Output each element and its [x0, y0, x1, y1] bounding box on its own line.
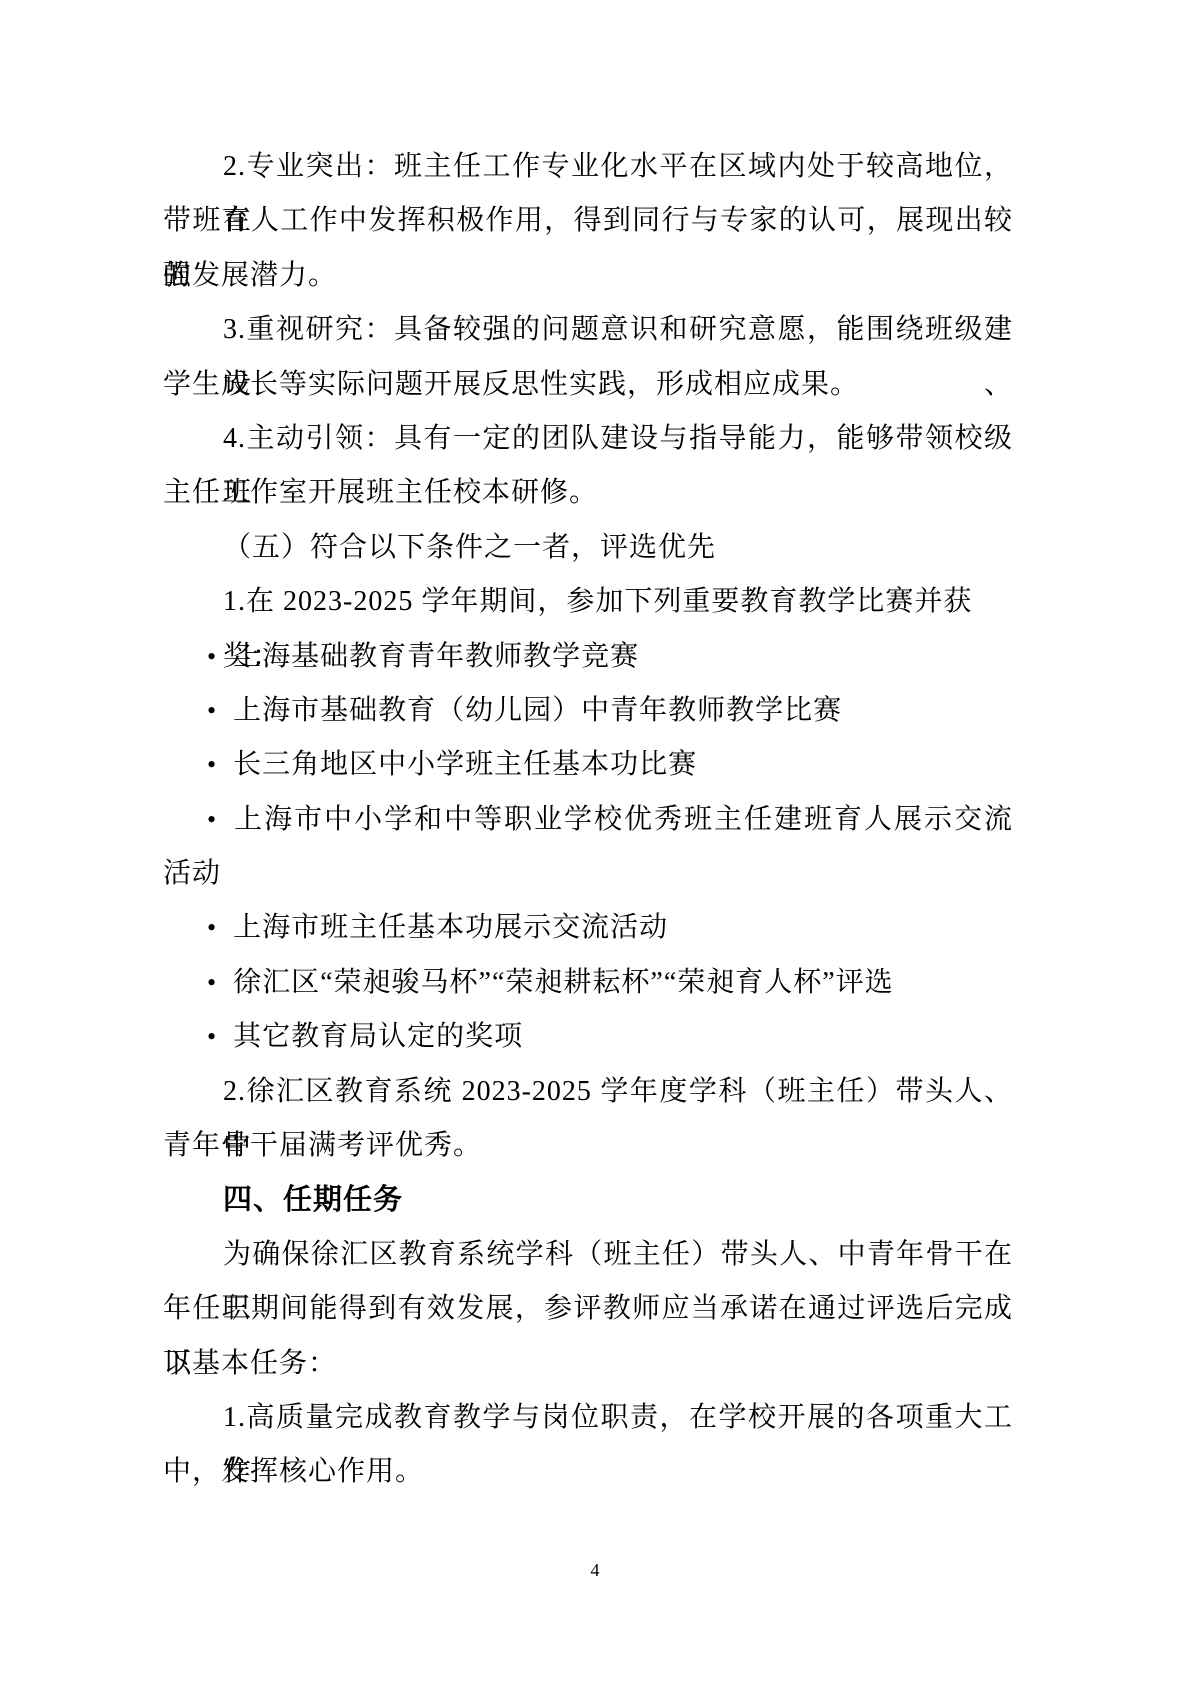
section-heading: 四、任期任务 [163, 1173, 1013, 1227]
text-line: •长三角地区中小学班主任基本功比赛 [163, 738, 1013, 792]
line-text: 上海市基础教育（幼儿园）中青年教师教学比赛 [233, 695, 842, 726]
line-text: 上海市班主任基本功展示交流活动 [233, 912, 668, 943]
document-body: 2.专业突出：班主任工作专业化水平在区域内处于较高地位，在带班育人工作中发挥积极… [163, 140, 1013, 1500]
page-number: 4 [0, 1558, 1190, 1582]
text-line: 1.在 2023-2025 学年期间，参加下列重要教育教学比赛并获奖： [163, 575, 1013, 629]
document-page: 2.专业突出：班主任工作专业化水平在区域内处于较高地位，在带班育人工作中发挥积极… [0, 0, 1190, 1683]
bullet-icon: • [207, 956, 217, 1010]
text-line: •上海市基础教育（幼儿园）中青年教师教学比赛 [163, 684, 1013, 738]
text-line: （五）符合以下条件之一者，评选优先 [163, 521, 1013, 575]
text-line: 带班育人工作中发挥积极作用，得到同行与专家的认可，展现出较强 [163, 194, 1013, 248]
text-line: 的发展潜力。 [163, 249, 1013, 303]
text-line: 2.徐汇区教育系统 2023-2025 学年度学科（班主任）带头人、中 [163, 1065, 1013, 1119]
text-line: 为确保徐汇区教育系统学科（班主任）带头人、中青年骨干在三 [163, 1228, 1013, 1282]
text-line: 2.专业突出：班主任工作专业化水平在区域内处于较高地位，在 [163, 140, 1013, 194]
text-line: 下基本任务： [163, 1337, 1013, 1391]
bullet-icon: • [207, 630, 217, 684]
line-text: 上海基础教育青年教师教学竞赛 [233, 641, 639, 672]
text-line: •上海基础教育青年教师教学竞赛 [163, 630, 1013, 684]
line-text: 四、任期任务 [223, 1184, 403, 1216]
text-line: •徐汇区“荣昶骏马杯”“荣昶耕耘杯”“荣昶育人杯”评选 [163, 956, 1013, 1010]
line-text: 上海市中小学和中等职业学校优秀班主任建班育人展示交流 [233, 804, 1013, 835]
text-line: 4.主动引领：具有一定的团队建设与指导能力，能够带领校级班 [163, 412, 1013, 466]
text-line: 中，发挥核心作用。 [163, 1445, 1013, 1499]
line-text: 长三角地区中小学班主任基本功比赛 [233, 749, 697, 780]
line-text: 下基本任务： [163, 1348, 337, 1379]
bullet-icon: • [207, 684, 217, 738]
text-line: •其它教育局认定的奖项 [163, 1010, 1013, 1064]
text-line: 3.重视研究：具备较强的问题意识和研究意愿，能围绕班级建设、 [163, 303, 1013, 357]
text-line: •上海市中小学和中等职业学校优秀班主任建班育人展示交流 [163, 793, 1013, 847]
line-text: 学生成长等实际问题开展反思性实践，形成相应成果。 [163, 369, 859, 400]
text-line: 主任工作室开展班主任校本研修。 [163, 466, 1013, 520]
bullet-icon: • [207, 901, 217, 955]
bullet-icon: • [207, 793, 217, 847]
line-text: 主任工作室开展班主任校本研修。 [163, 477, 598, 508]
text-line: •上海市班主任基本功展示交流活动 [163, 901, 1013, 955]
text-line: 1.高质量完成教育教学与岗位职责，在学校开展的各项重大工作 [163, 1391, 1013, 1445]
line-text: 其它教育局认定的奖项 [233, 1021, 523, 1052]
text-line: 青年骨干届满考评优秀。 [163, 1119, 1013, 1173]
line-text: （五）符合以下条件之一者，评选优先 [223, 532, 716, 563]
line-text: 活动 [163, 858, 221, 889]
line-text: 青年骨干届满考评优秀。 [163, 1130, 482, 1161]
bullet-icon: • [207, 1010, 217, 1064]
text-line: 活动 [163, 847, 1013, 901]
line-text: 中，发挥核心作用。 [163, 1456, 424, 1487]
text-line: 年任职期间能得到有效发展，参评教师应当承诺在通过评选后完成以 [163, 1282, 1013, 1336]
line-text: 徐汇区“荣昶骏马杯”“荣昶耕耘杯”“荣昶育人杯”评选 [233, 967, 894, 998]
bullet-icon: • [207, 738, 217, 792]
line-text: 的发展潜力。 [163, 260, 337, 291]
